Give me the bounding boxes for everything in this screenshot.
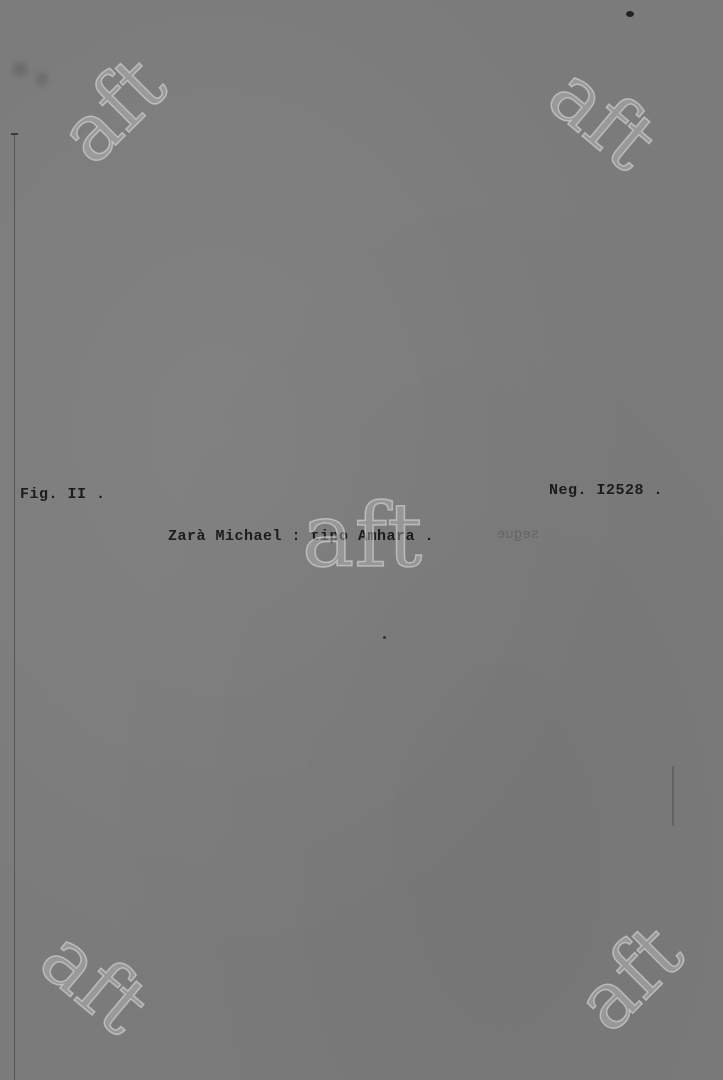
scanned-document-page: Fig. II . Neg. I2528 . Zarà Michael : ti…: [0, 0, 723, 1080]
watermark-top-left: aft: [46, 43, 180, 177]
paper-smudge: [36, 72, 48, 86]
watermark-bottom-left: aft: [27, 916, 162, 1048]
paper-scratch: [672, 766, 674, 826]
ink-dot: [383, 636, 386, 639]
watermark-bottom-right: aft: [563, 911, 697, 1045]
ink-spot: [626, 11, 634, 17]
paper-smudge: [12, 62, 28, 76]
margin-rule-line: [14, 134, 15, 1080]
margin-rule-tick: [11, 133, 18, 135]
watermark-center: aft: [302, 492, 422, 580]
watermark-top-right: aft: [535, 52, 670, 184]
negative-number-label: Neg. I2528 .: [549, 483, 663, 498]
show-through-text: segue: [497, 527, 539, 543]
figure-label: Fig. II .: [20, 487, 106, 502]
